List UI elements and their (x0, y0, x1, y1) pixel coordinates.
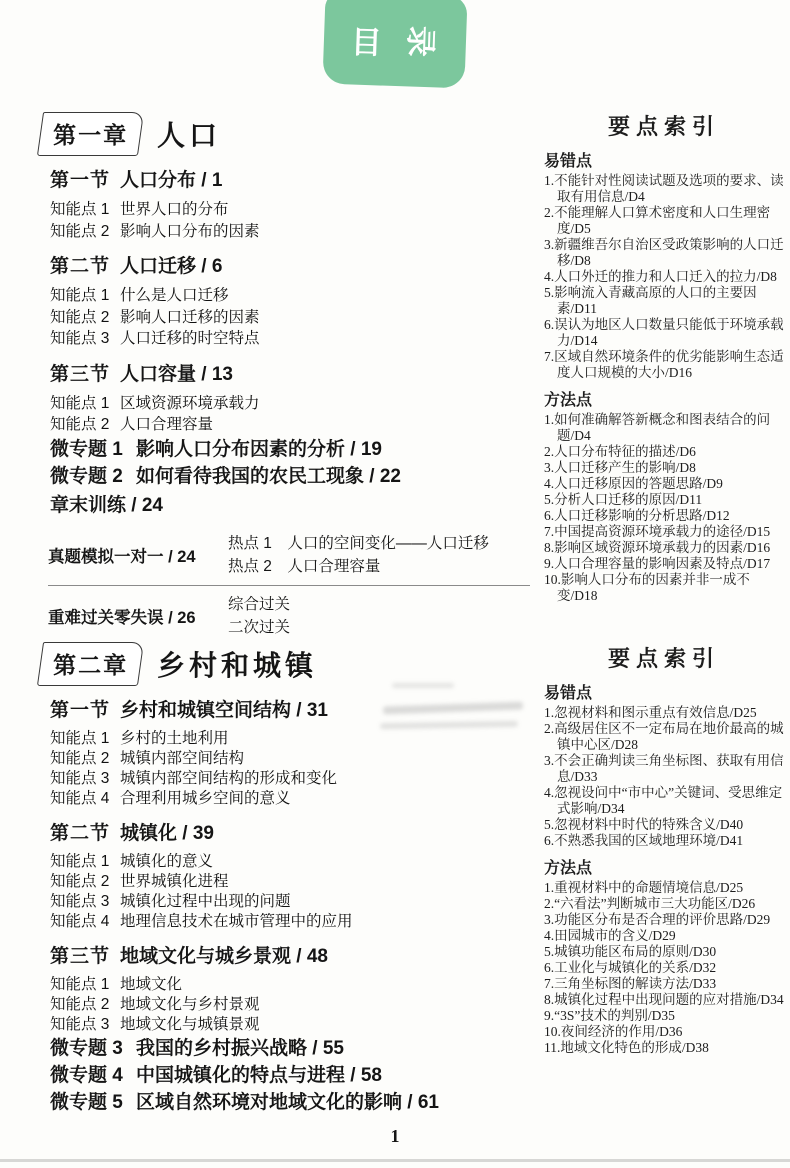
chapter-summary-table: 真题模拟一对一 / 24 热点 1 人口的空间变化——人口迁移 热点 2 人口合… (48, 525, 530, 646)
section-title: 人口分布 / 1 (120, 168, 222, 193)
chapter-2-toc: 第二章 乡村和城镇 第一节 乡村和城镇空间结构 / 31 知能点 1 乡村的土地… (40, 642, 532, 1116)
index-item: 1.忽视材料和图示重点有效信息/D25 (544, 705, 784, 721)
point-text: 城镇内部空间结构的形成和变化 (120, 769, 337, 789)
point-row: 知能点 4 地理信息技术在城市管理中的应用 (40, 912, 532, 932)
index-item: 5.影响流入青藏高原的人口的主要因素/D11 (544, 285, 784, 317)
point-row: 知能点 1 什么是人口迁移 (40, 285, 532, 307)
point-text: 地域文化与乡村景观 (120, 995, 260, 1015)
method-points-list: 1.如何准确解答新概念和图表结合的问题/D4 2.人口分布特征的描述/D6 3.… (544, 412, 784, 604)
micro-topic-title: 中国城镇化的特点与进程 / 58 (136, 1062, 382, 1089)
index-title: 要点索引 (544, 112, 784, 142)
index-item: 2.高级居住区不一定布局在地价最高的城镇中心区/D28 (544, 721, 784, 753)
method-points-heading: 方法点 (544, 391, 784, 410)
micro-topic-title: 如何看待我国的农民工现象 / 22 (136, 463, 401, 490)
micro-topic-label: 微专题 4 (50, 1062, 136, 1089)
micro-topic-row: 微专题 3 我国的乡村振兴战略 / 55 (40, 1035, 532, 1062)
section-title: 乡村和城镇空间结构 / 31 (120, 698, 328, 723)
point-label: 知能点 1 (50, 285, 120, 307)
table-cell-right: 热点 1 人口的空间变化——人口迁移 热点 2 人口合理容量 (228, 532, 489, 578)
point-row: 知能点 3 城镇化过程中出现的问题 (40, 892, 532, 912)
point-row: 知能点 3 人口迁移的时空特点 (40, 328, 532, 350)
point-row: 知能点 4 合理利用城乡空间的意义 (40, 789, 532, 809)
micro-topic-label: 微专题 2 (50, 463, 136, 490)
index-item: 9.“3S”技术的判别/D35 (544, 1008, 784, 1024)
point-text: 世界人口的分布 (120, 199, 229, 221)
chapter-1-box-label: 第一章 (53, 117, 128, 150)
chapter-end-training: 章末训练 / 24 (40, 492, 532, 519)
point-label: 知能点 1 (50, 393, 120, 415)
section-label: 第二节 (50, 254, 120, 279)
point-text: 城镇化过程中出现的问题 (120, 892, 291, 912)
point-row: 知能点 1 城镇化的意义 (40, 852, 532, 872)
table-cell-left: 真题模拟一对一 / 24 (48, 543, 228, 567)
micro-topic-title: 影响人口分布因素的分析 / 19 (136, 436, 382, 463)
point-row: 知能点 2 人口合理容量 (40, 414, 532, 436)
index-item: 1.不能针对性阅读试题及选项的要求、读取有用信息/D4 (544, 173, 784, 205)
point-text: 合理利用城乡空间的意义 (120, 789, 291, 809)
section-title: 人口容量 / 13 (120, 362, 233, 387)
point-row: 知能点 1 乡村的土地利用 (40, 729, 532, 749)
section-row: 第二节 城镇化 / 39 (40, 821, 532, 846)
micro-topic-label: 微专题 3 (50, 1035, 136, 1062)
page-number: 1 (0, 1126, 790, 1147)
section-title: 人口迁移 / 6 (120, 254, 222, 279)
point-label: 知能点 3 (50, 1015, 120, 1035)
index-item: 1.重视材料中的命题情境信息/D25 (544, 880, 784, 896)
point-text: 影响人口迁移的因素 (120, 307, 260, 329)
index-item: 4.忽视设问中“市中心”关键词、受思维定式影响/D34 (544, 785, 784, 817)
point-text: 城镇化的意义 (120, 852, 213, 872)
index-item: 2.不能理解人口算术密度和人口生理密度/D5 (544, 205, 784, 237)
index-item: 2.人口分布特征的描述/D6 (544, 444, 784, 460)
point-text: 什么是人口迁移 (120, 285, 229, 307)
point-row: 知能点 1 地域文化 (40, 975, 532, 995)
index-item: 5.分析人口迁移的原因/D11 (544, 492, 784, 508)
index-item: 6.不熟悉我国的区域地理环境/D41 (544, 833, 784, 849)
chapter-2-title: 乡村和城镇 (157, 644, 317, 684)
section-label: 第一节 (50, 168, 120, 193)
toc-tab-char: 录 (400, 25, 446, 58)
point-text: 区域资源环境承载力 (120, 393, 260, 415)
toc-tab-char: 目 (350, 16, 383, 62)
chapter-1-index: 要点索引 易错点 1.不能针对性阅读试题及选项的要求、读取有用信息/D4 2.不… (544, 112, 784, 604)
point-text: 人口合理容量 (120, 414, 213, 436)
point-row: 知能点 1 世界人口的分布 (40, 199, 532, 221)
section-row: 第三节 地域文化与城乡景观 / 48 (40, 944, 532, 969)
error-points-heading: 易错点 (544, 152, 784, 171)
point-text: 地域文化 (120, 975, 182, 995)
point-label: 知能点 1 (50, 975, 120, 995)
index-item: 4.田园城市的含义/D29 (544, 928, 784, 944)
section-title: 地域文化与城乡景观 / 48 (120, 944, 328, 969)
method-points-list: 1.重视材料中的命题情境信息/D25 2.“六看法”判断城市三大功能区/D26 … (544, 880, 784, 1056)
point-label: 知能点 2 (50, 414, 120, 436)
point-text: 地理信息技术在城市管理中的应用 (120, 912, 353, 932)
toc-page: 目 录 第一章 人口 第一节 人口分布 / 1 知能点 1 世界人口的分布 知能… (0, 0, 790, 1168)
chapter-2-index: 要点索引 易错点 1.忽视材料和图示重点有效信息/D25 2.高级居住区不一定布… (544, 644, 784, 1056)
index-item: 6.误认为地区人口数量只能低于环境承载力/D14 (544, 317, 784, 349)
section-title: 城镇化 / 39 (120, 821, 214, 846)
point-label: 知能点 4 (50, 912, 120, 932)
index-item: 11.地域文化特色的形成/D38 (544, 1040, 784, 1056)
chapter-2-heading: 第二章 乡村和城镇 (40, 642, 532, 686)
section-label: 第二节 (50, 821, 120, 846)
index-item: 1.如何准确解答新概念和图表结合的问题/D4 (544, 412, 784, 444)
micro-topic-label: 微专题 5 (50, 1089, 136, 1116)
point-text: 影响人口分布的因素 (120, 221, 260, 243)
index-item: 7.三角坐标图的解读方法/D33 (544, 976, 784, 992)
point-label: 知能点 2 (50, 995, 120, 1015)
index-item: 3.不会正确判读三角坐标图、获取有用信息/D33 (544, 753, 784, 785)
point-label: 知能点 3 (50, 328, 120, 350)
error-points-list: 1.忽视材料和图示重点有效信息/D25 2.高级居住区不一定布局在地价最高的城镇… (544, 705, 784, 849)
point-text: 城镇内部空间结构 (120, 749, 244, 769)
index-item: 3.人口迁移产生的影响/D8 (544, 460, 784, 476)
index-item: 6.工业化与城镇化的关系/D32 (544, 960, 784, 976)
point-row: 知能点 2 影响人口迁移的因素 (40, 307, 532, 329)
toc-header-tab: 目 录 (322, 0, 467, 88)
point-label: 知能点 1 (50, 199, 120, 221)
point-label: 知能点 1 (50, 852, 120, 872)
index-item: 10.影响人口分布的因素并非一成不变/D18 (544, 572, 784, 604)
point-label: 知能点 2 (50, 221, 120, 243)
chapter-1-toc: 第一章 人口 第一节 人口分布 / 1 知能点 1 世界人口的分布 知能点 2 … (40, 112, 532, 646)
section-label: 第三节 (50, 362, 120, 387)
pass-line: 二次过关 (228, 616, 290, 639)
index-item: 3.功能区分布是否合理的评价思路/D29 (544, 912, 784, 928)
index-item: 7.中国提高资源环境承载力的途径/D15 (544, 524, 784, 540)
micro-topic-row: 微专题 5 区域自然环境对地域文化的影响 / 61 (40, 1089, 532, 1116)
table-cell-right: 综合过关 二次过关 (228, 593, 290, 639)
index-item: 9.人口合理容量的影响因素及特点/D17 (544, 556, 784, 572)
chapter-2-box: 第二章 (37, 642, 144, 686)
table-row: 重难过关零失误 / 26 综合过关 二次过关 (48, 585, 530, 646)
index-item: 4.人口外迁的推力和人口迁入的拉力/D8 (544, 269, 784, 285)
point-text: 乡村的土地利用 (120, 729, 229, 749)
point-label: 知能点 3 (50, 892, 120, 912)
chapter-1-heading: 第一章 人口 (40, 112, 532, 156)
point-row: 知能点 2 世界城镇化进程 (40, 872, 532, 892)
scan-smudge (392, 683, 454, 688)
chapter-2-box-label: 第二章 (53, 647, 128, 680)
index-item: 8.城镇化过程中出现问题的应对措施/D34 (544, 992, 784, 1008)
index-title: 要点索引 (544, 644, 784, 674)
index-item: 5.城镇功能区布局的原则/D30 (544, 944, 784, 960)
micro-topic-row: 微专题 4 中国城镇化的特点与进程 / 58 (40, 1062, 532, 1089)
point-row: 知能点 2 影响人口分布的因素 (40, 221, 532, 243)
point-row: 知能点 2 地域文化与乡村景观 (40, 995, 532, 1015)
hotspot-line: 热点 2 人口合理容量 (228, 555, 489, 578)
chapter-1-box: 第一章 (37, 112, 144, 156)
point-label: 知能点 1 (50, 729, 120, 749)
point-text: 地域文化与城镇景观 (120, 1015, 260, 1035)
micro-topic-row: 微专题 1 影响人口分布因素的分析 / 19 (40, 436, 532, 463)
table-cell-left: 重难过关零失误 / 26 (48, 604, 228, 628)
micro-topic-title: 区域自然环境对地域文化的影响 / 61 (136, 1089, 439, 1116)
section-label: 第一节 (50, 698, 120, 723)
bottom-scan-edge (0, 1159, 790, 1162)
point-label: 知能点 2 (50, 307, 120, 329)
point-row: 知能点 1 区域资源环境承载力 (40, 393, 532, 415)
pass-line: 综合过关 (228, 593, 290, 616)
point-text: 人口迁移的时空特点 (120, 328, 260, 350)
point-row: 知能点 2 城镇内部空间结构 (40, 749, 532, 769)
point-label: 知能点 4 (50, 789, 120, 809)
point-text: 世界城镇化进程 (120, 872, 229, 892)
error-points-list: 1.不能针对性阅读试题及选项的要求、读取有用信息/D4 2.不能理解人口算术密度… (544, 173, 784, 381)
index-item: 6.人口迁移影响的分析思路/D12 (544, 508, 784, 524)
method-points-heading: 方法点 (544, 859, 784, 878)
chapter-1-title: 人口 (157, 114, 221, 154)
index-item: 2.“六看法”判断城市三大功能区/D26 (544, 896, 784, 912)
index-item: 10.夜间经济的作用/D36 (544, 1024, 784, 1040)
index-item: 5.忽视材料中时代的特殊含义/D40 (544, 817, 784, 833)
point-row: 知能点 3 城镇内部空间结构的形成和变化 (40, 769, 532, 789)
point-label: 知能点 3 (50, 769, 120, 789)
micro-topic-title: 我国的乡村振兴战略 / 55 (136, 1035, 344, 1062)
index-item: 7.区域自然环境条件的优劣能影响生态适度人口规模的大小/D16 (544, 349, 784, 381)
point-row: 知能点 3 地域文化与城镇景观 (40, 1015, 532, 1035)
point-label: 知能点 2 (50, 749, 120, 769)
micro-topic-row: 微专题 2 如何看待我国的农民工现象 / 22 (40, 463, 532, 490)
index-item: 3.新疆维吾尔自治区受政策影响的人口迁移/D8 (544, 237, 784, 269)
error-points-heading: 易错点 (544, 684, 784, 703)
section-row: 第三节 人口容量 / 13 (40, 362, 532, 387)
section-row: 第一节 人口分布 / 1 (40, 168, 532, 193)
point-label: 知能点 2 (50, 872, 120, 892)
table-row: 真题模拟一对一 / 24 热点 1 人口的空间变化——人口迁移 热点 2 人口合… (48, 525, 530, 585)
section-label: 第三节 (50, 944, 120, 969)
index-item: 4.人口迁移原因的答题思路/D9 (544, 476, 784, 492)
micro-topic-label: 微专题 1 (50, 436, 136, 463)
section-row: 第二节 人口迁移 / 6 (40, 254, 532, 279)
hotspot-line: 热点 1 人口的空间变化——人口迁移 (228, 532, 489, 555)
index-item: 8.影响区域资源环境承载力的因素/D16 (544, 540, 784, 556)
